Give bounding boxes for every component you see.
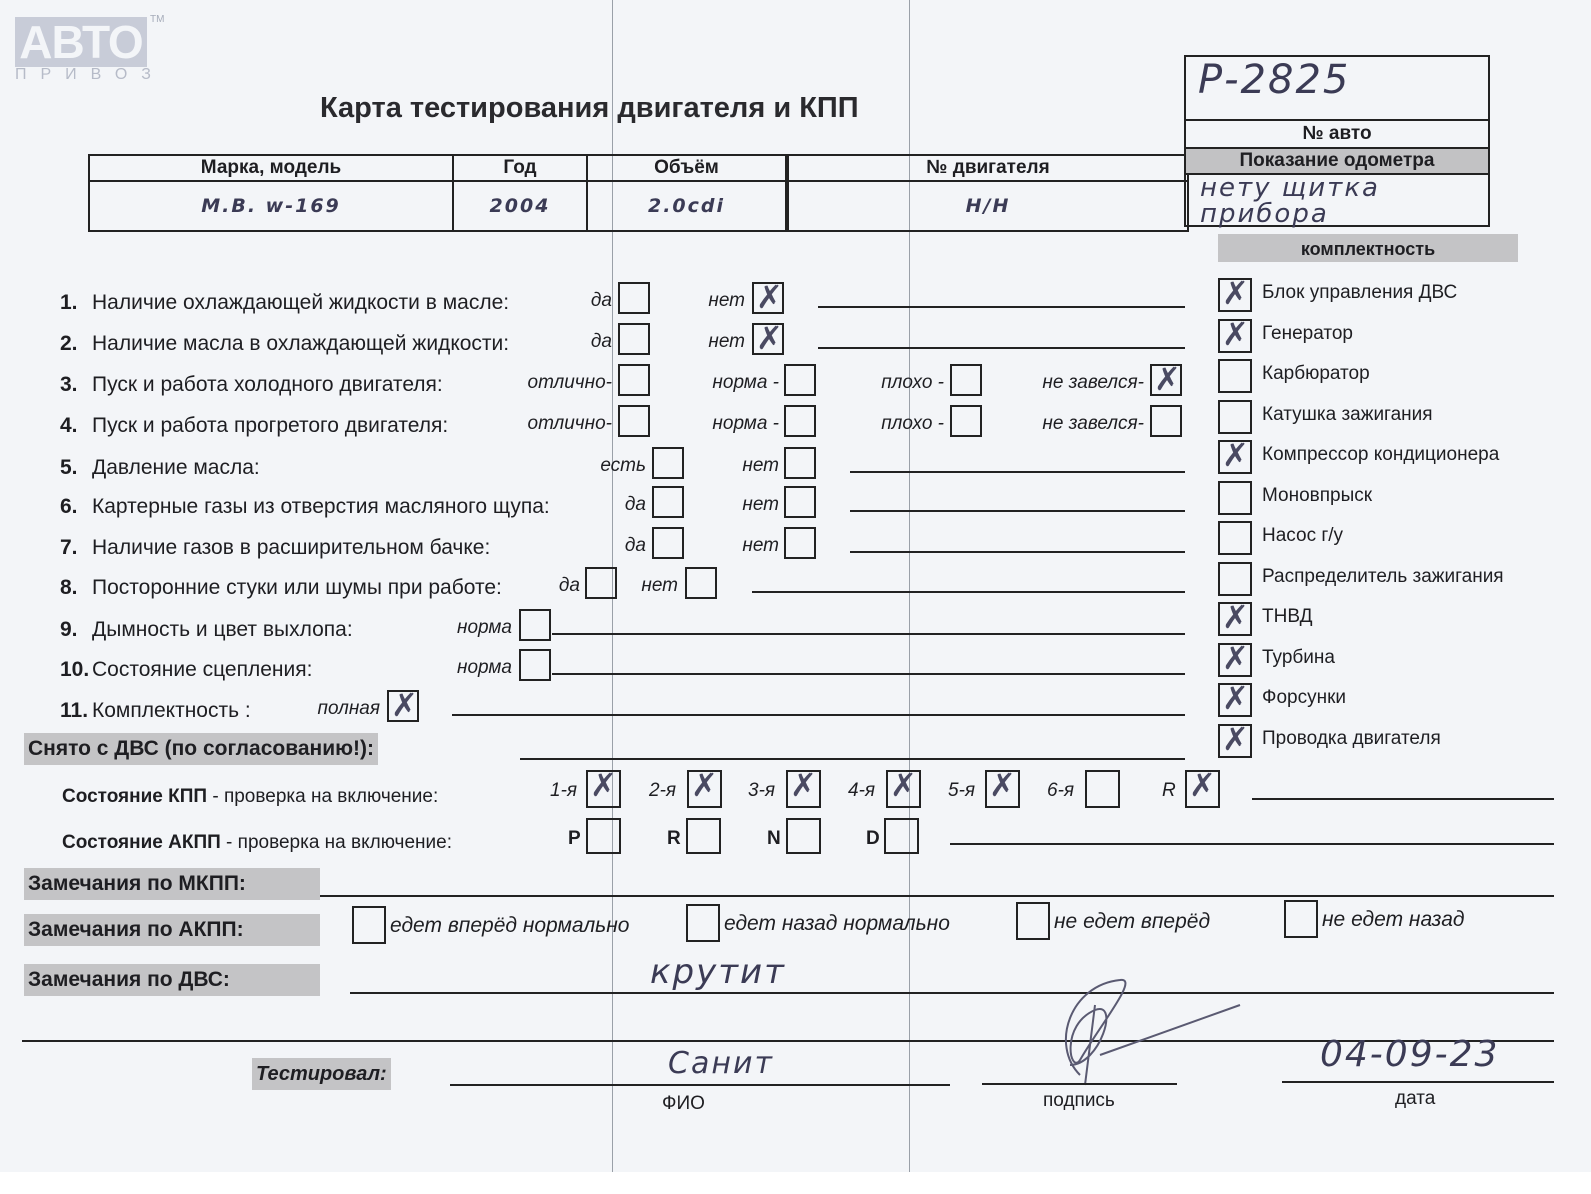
auto-gearbox-label: Состояние АКПП - проверка на включение: xyxy=(62,832,452,854)
completeness-checkbox[interactable] xyxy=(1218,562,1252,596)
gear-checkbox[interactable] xyxy=(985,770,1020,808)
page-title: Карта тестирования двигателя и КПП xyxy=(320,92,859,125)
completeness-checkbox[interactable] xyxy=(1218,359,1252,393)
question-notes-field[interactable] xyxy=(850,471,1185,473)
mode-label: P xyxy=(568,828,581,850)
completeness-item-label: Блок управления ДВС xyxy=(1262,282,1457,304)
question-text: Пуск и работа прогретого двигателя: xyxy=(92,414,448,437)
akpp-remark-checkbox[interactable] xyxy=(352,906,386,944)
question-number: 11. xyxy=(60,699,92,723)
question-row: 5.Давление масла: xyxy=(60,456,260,480)
odometer-field[interactable]: нету щитка прибора xyxy=(1186,175,1488,225)
question-notes-field[interactable] xyxy=(552,633,1185,635)
question-row: 2.Наличие масла в охлаждающей жидкости: xyxy=(60,332,509,356)
completeness-item-label: Карбюратор xyxy=(1262,363,1370,385)
completeness-item-label: Форсунки xyxy=(1262,687,1346,709)
vehicle-info-table: Марка, модель Год Объём № двигателя М.В.… xyxy=(88,154,1189,232)
completeness-checkbox[interactable] xyxy=(1218,440,1252,474)
question-text: Давление масла: xyxy=(92,456,260,479)
scan-margin xyxy=(0,1172,1591,1194)
completeness-item-label: Катушка зажигания xyxy=(1262,404,1433,426)
option-label: нет xyxy=(742,535,779,557)
tested-by-label: Тестировал: xyxy=(252,1058,391,1090)
option-checkbox[interactable] xyxy=(1150,364,1182,396)
mode-checkbox[interactable] xyxy=(686,818,721,854)
question-row: 6.Картерные газы из отверстия масляного … xyxy=(60,495,550,519)
col-make-model: Марка, модель xyxy=(89,155,453,181)
question-number: 3. xyxy=(60,373,92,397)
option-checkbox[interactable] xyxy=(618,364,650,396)
completeness-header: комплектность xyxy=(1218,234,1518,262)
mode-checkbox[interactable] xyxy=(586,818,621,854)
question-notes-field[interactable] xyxy=(752,591,1185,593)
question-text: Посторонние стуки или шумы при работе: xyxy=(92,576,502,599)
mode-checkbox[interactable] xyxy=(884,818,919,854)
vehicle-number-box: Р-2825 № авто Показание одометра нету щи… xyxy=(1184,55,1490,227)
gear-label: 6-я xyxy=(1047,780,1074,802)
tester-name-value[interactable]: Санит xyxy=(668,1046,774,1081)
option-label: да xyxy=(591,290,612,312)
option-label: полная xyxy=(318,698,381,720)
completeness-item-label: Турбина xyxy=(1262,647,1335,669)
option-checkbox[interactable] xyxy=(685,567,717,599)
remarks-mkpp-field[interactable] xyxy=(320,895,1554,897)
col-engine-number: № двигателя xyxy=(788,155,1188,181)
auto-gearbox-title: Состояние АКПП xyxy=(62,832,221,853)
option-checkbox[interactable] xyxy=(519,649,551,681)
signature-caption: подпись xyxy=(1043,1090,1115,1112)
question-row: 9.Дымность и цвет выхлопа: xyxy=(60,618,353,642)
option-label: не завелся- xyxy=(1042,413,1144,435)
question-row: 3.Пуск и работа холодного двигателя: xyxy=(60,373,443,397)
option-label: норма - xyxy=(712,372,779,394)
question-number: 5. xyxy=(60,456,92,480)
option-checkbox[interactable] xyxy=(652,447,684,479)
tester-name-caption: ФИО xyxy=(662,1093,705,1115)
mode-checkbox[interactable] xyxy=(786,818,821,854)
make-model-field[interactable]: М.В. w-169 xyxy=(89,181,453,231)
question-number: 4. xyxy=(60,414,92,438)
option-label: норма - xyxy=(712,413,779,435)
question-text: Состояние сцепления: xyxy=(92,658,312,681)
remarks-mkpp-label: Замечания по МКПП: xyxy=(24,868,320,900)
completeness-item-label: Распределитель зажигания xyxy=(1262,566,1504,588)
col-volume: Объём xyxy=(587,155,786,181)
option-checkbox[interactable] xyxy=(784,364,816,396)
option-label: норма xyxy=(457,617,512,639)
option-checkbox[interactable] xyxy=(387,690,419,722)
question-notes-field[interactable] xyxy=(452,714,1185,716)
option-checkbox[interactable] xyxy=(784,405,816,437)
option-label: нет xyxy=(742,494,779,516)
mode-label: D xyxy=(866,828,880,850)
question-row: 10.Состояние сцепления: xyxy=(60,658,312,682)
mode-label: N xyxy=(767,828,781,850)
akpp-remark-label: не едет назад xyxy=(1322,908,1464,932)
question-text: Наличие газов в расширительном бачке: xyxy=(92,536,490,559)
remarks-engine-value[interactable]: крутит xyxy=(650,952,786,992)
gear-label: R xyxy=(1162,780,1176,802)
auto-gearbox-subtitle: - проверка на включение: xyxy=(221,832,452,853)
gear-checkbox[interactable] xyxy=(1185,770,1220,808)
akpp-remark-label: едет вперёд нормально xyxy=(390,914,629,938)
question-number: 7. xyxy=(60,536,92,560)
akpp-remark-label: едет назад нормально xyxy=(724,912,950,936)
date-caption: дата xyxy=(1395,1088,1435,1110)
option-checkbox[interactable] xyxy=(585,567,617,599)
year-field[interactable]: 2004 xyxy=(453,181,587,231)
engine-test-card: АВТО TM ПРИВОЗ Карта тестирования двигат… xyxy=(0,0,1591,1172)
option-label: не завелся- xyxy=(1042,372,1144,394)
remarks-engine-field[interactable] xyxy=(350,992,1554,994)
gear-label: 3-я xyxy=(748,780,775,802)
question-text: Наличие масла в охлаждающей жидкости: xyxy=(92,332,509,355)
option-label: нет xyxy=(708,290,745,312)
odometer-label: Показание одометра xyxy=(1186,149,1488,175)
removed-label: Снято с ДВС (по согласованию!): xyxy=(24,733,378,765)
question-notes-field[interactable] xyxy=(850,551,1185,553)
question-text: Комплектность : xyxy=(92,699,251,722)
tester-name-field[interactable] xyxy=(450,1084,950,1086)
gear-label: 4-я xyxy=(848,780,875,802)
completeness-checkbox[interactable] xyxy=(1218,319,1252,353)
completeness-checkbox[interactable] xyxy=(1218,521,1252,555)
question-row: 8.Посторонние стуки или шумы при работе: xyxy=(60,576,502,600)
signature-icon xyxy=(1040,965,1270,1095)
akpp-remark-checkbox[interactable] xyxy=(686,904,720,942)
question-notes-field[interactable] xyxy=(818,347,1185,349)
date-field[interactable] xyxy=(1282,1081,1554,1083)
question-notes-field[interactable] xyxy=(552,673,1185,675)
option-checkbox[interactable] xyxy=(950,364,982,396)
akpp-remark-checkbox[interactable] xyxy=(1016,902,1050,940)
mode-label: R xyxy=(667,828,681,850)
question-row: 1.Наличие охлаждающей жидкости в масле: xyxy=(60,291,509,315)
completeness-checkbox[interactable] xyxy=(1218,724,1252,758)
option-checkbox[interactable] xyxy=(950,405,982,437)
option-label: отлично- xyxy=(528,413,612,435)
manual-gearbox-notes-field[interactable] xyxy=(1252,798,1554,800)
option-checkbox[interactable] xyxy=(1150,405,1182,437)
question-number: 10. xyxy=(60,658,92,682)
question-row: 7.Наличие газов в расширительном бачке: xyxy=(60,536,490,560)
akpp-remark-checkbox[interactable] xyxy=(1284,900,1318,938)
option-checkbox[interactable] xyxy=(752,323,784,355)
vehicle-number-label: № авто xyxy=(1186,121,1488,149)
option-label: норма xyxy=(457,657,512,679)
question-row: 4.Пуск и работа прогретого двигателя: xyxy=(60,414,448,438)
option-label: нет xyxy=(708,331,745,353)
option-label: да xyxy=(625,535,646,557)
question-text: Картерные газы из отверстия масляного щу… xyxy=(92,495,550,518)
option-checkbox[interactable] xyxy=(519,609,551,641)
option-checkbox[interactable] xyxy=(618,323,650,355)
completeness-item-label: ТНВД xyxy=(1262,606,1312,628)
signature-field[interactable] xyxy=(982,1083,1177,1085)
option-checkbox[interactable] xyxy=(652,527,684,559)
auto-gearbox-notes-field[interactable] xyxy=(950,843,1554,845)
remarks-akpp-label: Замечания по АКПП: xyxy=(24,914,320,946)
manual-gearbox-title: Состояние КПП xyxy=(62,786,207,807)
completeness-item-label: Генератор xyxy=(1262,323,1353,345)
manual-gearbox-label: Состояние КПП - проверка на включение: xyxy=(62,786,438,808)
option-checkbox[interactable] xyxy=(784,486,816,518)
question-number: 8. xyxy=(60,576,92,600)
date-value[interactable]: 04-09-23 xyxy=(1320,1034,1499,1075)
question-notes-field[interactable] xyxy=(850,510,1185,512)
question-text: Пуск и работа холодного двигателя: xyxy=(92,373,443,396)
completeness-item-label: Насос г/у xyxy=(1262,525,1343,547)
option-checkbox[interactable] xyxy=(784,447,816,479)
logo-trademark: TM xyxy=(150,14,164,25)
option-checkbox[interactable] xyxy=(784,527,816,559)
question-number: 1. xyxy=(60,291,92,315)
option-label: есть xyxy=(600,455,646,477)
remarks-engine-label: Замечания по ДВС: xyxy=(24,964,320,996)
gear-label: 1-я xyxy=(550,780,577,802)
option-label: нет xyxy=(641,575,678,597)
question-number: 9. xyxy=(60,618,92,642)
completeness-checkbox[interactable] xyxy=(1218,683,1252,717)
option-label: плохо - xyxy=(881,372,944,394)
question-number: 2. xyxy=(60,332,92,356)
vehicle-number-field[interactable]: Р-2825 xyxy=(1186,57,1488,121)
gear-checkbox[interactable] xyxy=(687,770,722,808)
volume-field[interactable]: 2.0cdi xyxy=(587,181,786,231)
col-year: Год xyxy=(453,155,587,181)
completeness-checkbox[interactable] xyxy=(1218,481,1252,515)
completeness-item-label: Проводка двигателя xyxy=(1262,728,1441,750)
question-row: 11.Комплектность : xyxy=(60,699,251,723)
completeness-item-label: Моновпрыск xyxy=(1262,485,1372,507)
option-checkbox[interactable] xyxy=(652,486,684,518)
completeness-checkbox[interactable] xyxy=(1218,643,1252,677)
option-checkbox[interactable] xyxy=(618,405,650,437)
engine-number-field[interactable]: Н/Н xyxy=(788,181,1188,231)
option-label: да xyxy=(625,494,646,516)
question-notes-field[interactable] xyxy=(818,306,1185,308)
completeness-checkbox[interactable] xyxy=(1218,278,1252,312)
gear-checkbox[interactable] xyxy=(786,770,821,808)
option-checkbox[interactable] xyxy=(618,282,650,314)
gear-checkbox[interactable] xyxy=(586,770,621,808)
gear-label: 5-я xyxy=(948,780,975,802)
completeness-checkbox[interactable] xyxy=(1218,400,1252,434)
question-text: Наличие охлаждающей жидкости в масле: xyxy=(92,291,509,314)
completeness-checkbox[interactable] xyxy=(1218,602,1252,636)
manual-gearbox-subtitle: - проверка на включение: xyxy=(207,786,438,807)
question-text: Дымность и цвет выхлопа: xyxy=(92,618,353,641)
option-label: да xyxy=(591,331,612,353)
removed-field[interactable] xyxy=(520,758,1185,760)
akpp-remark-label: не едет вперёд xyxy=(1054,910,1210,934)
option-checkbox[interactable] xyxy=(752,282,784,314)
completeness-item-label: Компрессор кондиционера xyxy=(1262,444,1499,466)
gear-label: 2-я xyxy=(649,780,676,802)
logo: АВТО xyxy=(15,17,147,67)
option-label: отлично- xyxy=(528,372,612,394)
gear-checkbox[interactable] xyxy=(1085,770,1120,808)
logo-subtitle: ПРИВОЗ xyxy=(15,66,165,84)
option-label: нет xyxy=(742,455,779,477)
gear-checkbox[interactable] xyxy=(886,770,921,808)
option-label: плохо - xyxy=(881,413,944,435)
question-number: 6. xyxy=(60,495,92,519)
option-label: да xyxy=(559,575,580,597)
